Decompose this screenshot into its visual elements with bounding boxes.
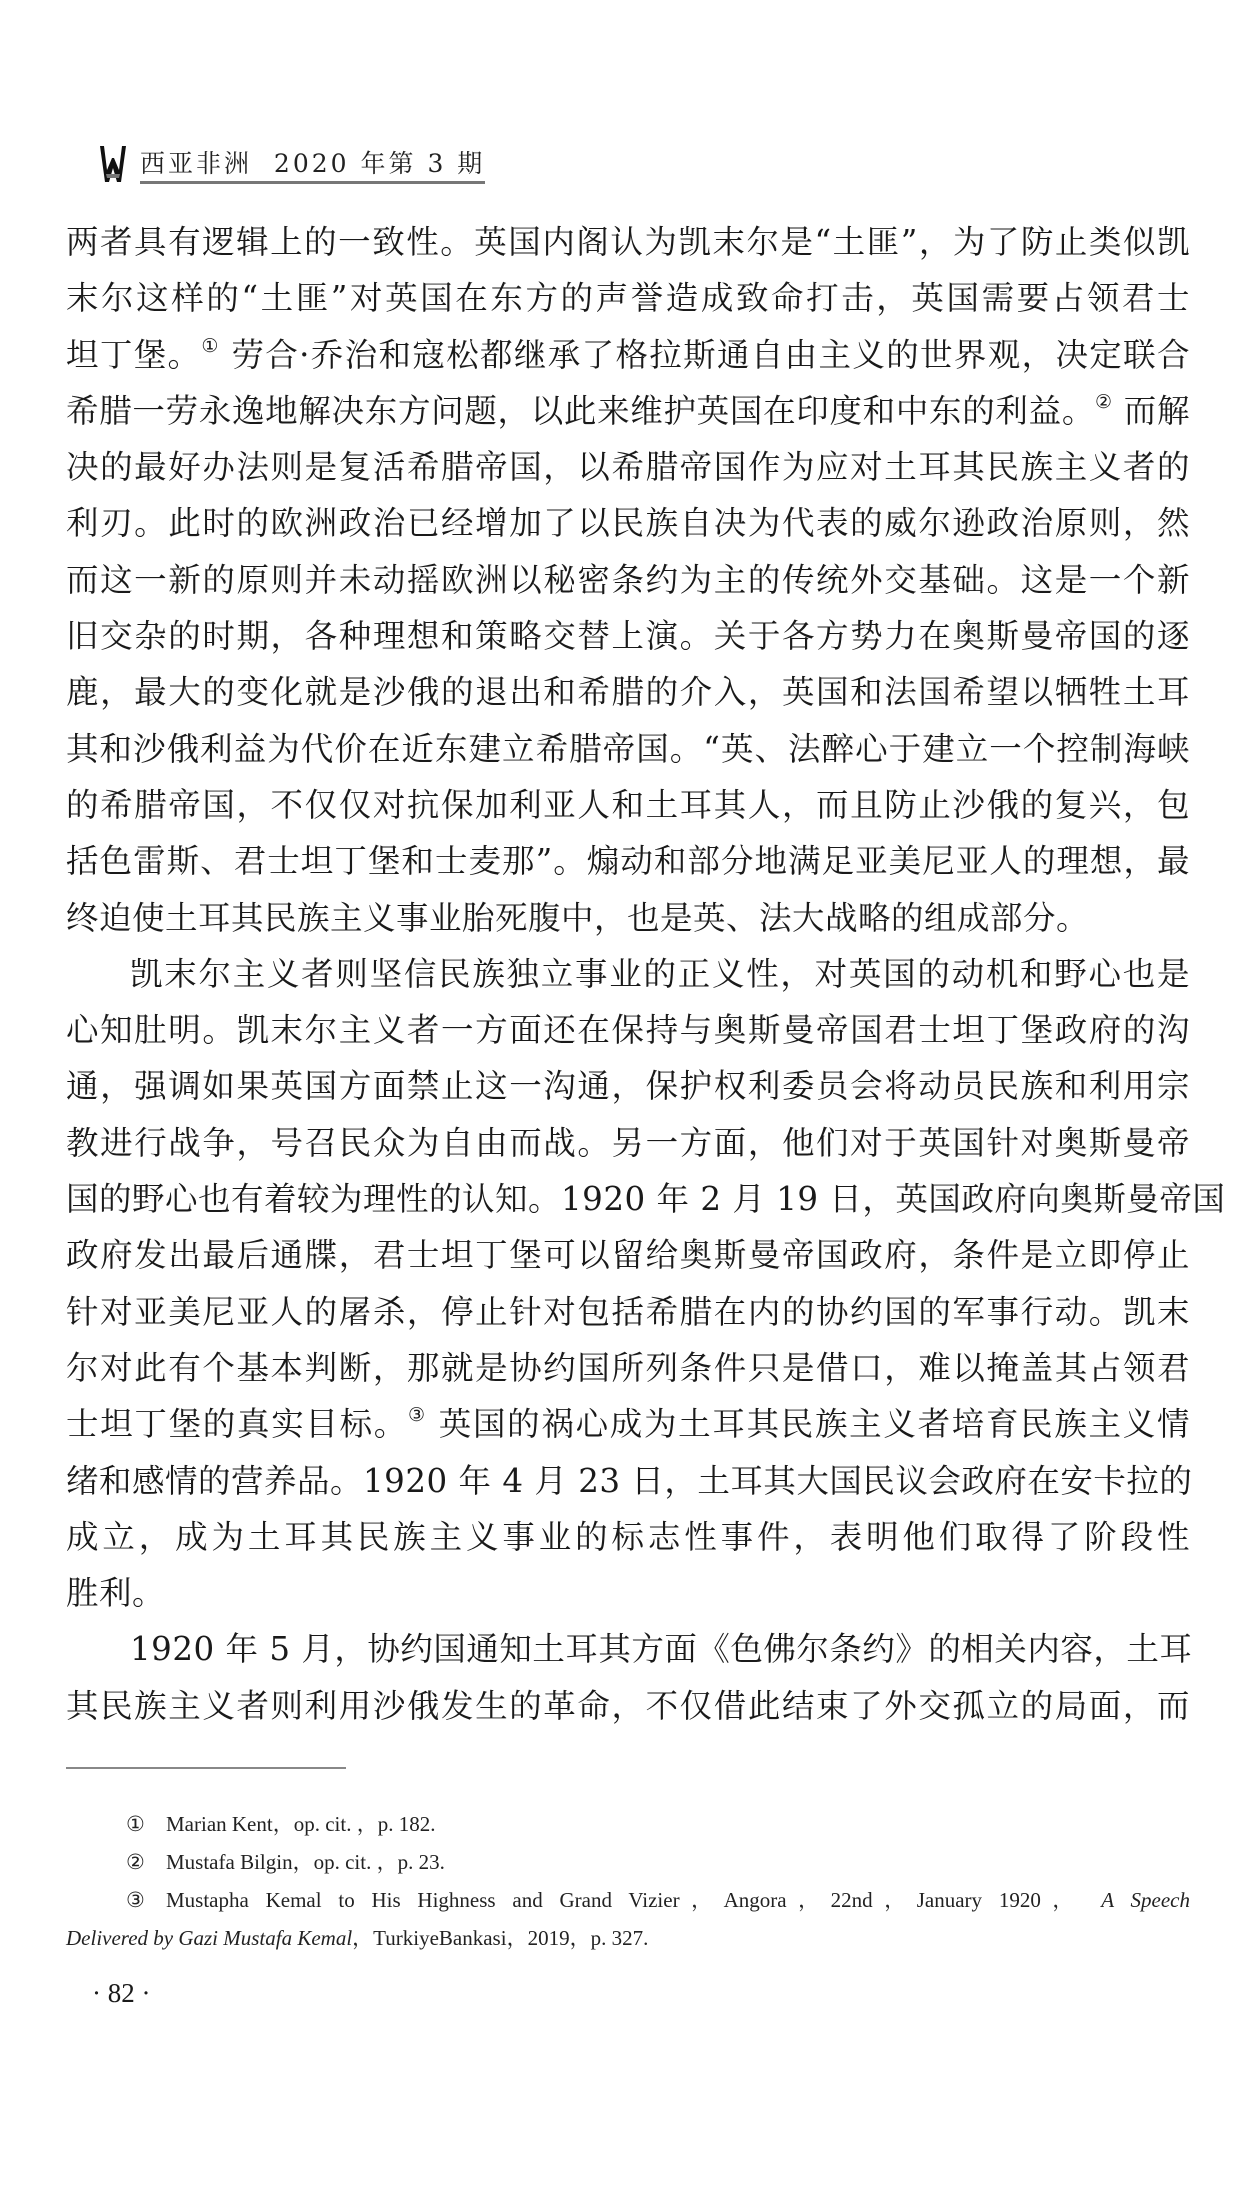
- text-segment: 士坦丁堡的真实目标。: [66, 1405, 408, 1443]
- text-line: 政府发出最后通牒，君士坦丁堡可以留给奥斯曼帝国政府，条件是立即停止: [66, 1227, 1190, 1283]
- text-line: 1920 年 5 月，协约国通知土耳其方面《色佛尔条约》的相关内容，土耳: [66, 1621, 1190, 1677]
- text-segment: 劳合·乔治和寇松都继承了格拉斯通自由主义的世界观，决定联合: [220, 336, 1190, 374]
- footnote-text: Mustafa Bilgin，op. cit. ，p. 23.: [166, 1850, 445, 1874]
- footnote-ref[interactable]: ①: [201, 335, 219, 357]
- text-line: 利刃。此时的欧洲政治已经增加了以民族自决为代表的威尔逊政治原则，然: [66, 495, 1190, 551]
- text-segment: 希腊一劳永逸地解决东方问题，以此来维护英国在印度和中东的利益。: [66, 392, 1095, 430]
- footnote-ref[interactable]: ②: [1095, 391, 1113, 413]
- text-segment: 英国的祸心成为土耳其民族主义者培育民族主义情: [427, 1405, 1190, 1443]
- footnotes: ①Marian Kent，op. cit. ，p. 182.②Mustafa B…: [66, 1805, 1190, 1957]
- footnote-number: ③: [126, 1881, 166, 1919]
- text-line: 通，强调如果英国方面禁止这一沟通，保护权利委员会将动员民族和利用宗: [66, 1058, 1190, 1114]
- footnote-ref[interactable]: ③: [408, 1404, 427, 1426]
- footnote-text: ，TurkiyeBankasi，2019，p. 327.: [352, 1926, 648, 1950]
- text-line: 针对亚美尼亚人的屠杀，停止针对包括希腊在内的协约国的军事行动。凯末: [66, 1284, 1190, 1340]
- text-line: 终迫使土耳其民族主义事业胎死腹中，也是英、法大战略的组成部分。: [66, 890, 1190, 946]
- footnote-number: ①: [126, 1805, 166, 1843]
- footnote-text: Mustapha Kemal to His Highness and Grand…: [166, 1888, 1085, 1912]
- text-line: 而这一新的原则并未动摇欧洲以秘密条约为主的传统外交基础。这是一个新: [66, 552, 1190, 608]
- text-line: 末尔这样的“土匪”对英国在东方的声誉造成致命打击，英国需要占领君士: [66, 270, 1190, 326]
- text-line: 尔对此有个基本判断，那就是协约国所列条件只是借口，难以掩盖其占领君: [66, 1340, 1190, 1396]
- text-line: 成立，成为土耳其民族主义事业的标志性事件，表明他们取得了阶段性: [66, 1509, 1190, 1565]
- wa-journal-logo-icon: [98, 144, 128, 184]
- issue-label: 2020 年第 3 期: [274, 149, 485, 178]
- text-line: 其和沙俄利益为代价在近东建立希腊帝国。“英、法醉心于建立一个控制海峡: [66, 721, 1190, 777]
- text-line: 胜利。: [66, 1565, 1190, 1621]
- text-line: 坦丁堡。① 劳合·乔治和寇松都继承了格拉斯通自由主义的世界观，决定联合: [66, 327, 1190, 383]
- text-line: 的希腊帝国，不仅仅对抗保加利亚人和土耳其人，而且防止沙俄的复兴，包: [66, 777, 1190, 833]
- footnote-number: ②: [126, 1843, 166, 1881]
- text-line: 凯末尔主义者则坚信民族独立事业的正义性，对英国的动机和野心也是: [66, 946, 1190, 1002]
- text-line: 希腊一劳永逸地解决东方问题，以此来维护英国在印度和中东的利益。② 而解: [66, 383, 1190, 439]
- text-line: 决的最好办法则是复活希腊帝国，以希腊帝国作为应对土耳其民族主义者的: [66, 439, 1190, 495]
- book-title: A Speech: [1085, 1888, 1190, 1912]
- text-line: 鹿，最大的变化就是沙俄的退出和希腊的介入，英国和法国希望以牺牲土耳: [66, 664, 1190, 720]
- footnote-item: Delivered by Gazi Mustafa Kemal，TurkiyeB…: [66, 1919, 1190, 1957]
- footnote-item: ①Marian Kent，op. cit. ，p. 182.: [66, 1805, 1190, 1843]
- footnote-divider: [66, 1767, 346, 1769]
- page-number: · 82 ·: [92, 1978, 150, 2009]
- text-line: 士坦丁堡的真实目标。③ 英国的祸心成为土耳其民族主义者培育民族主义情: [66, 1396, 1190, 1452]
- text-segment: 而解: [1113, 392, 1190, 430]
- book-title: Delivered by Gazi Mustafa Kemal: [66, 1926, 352, 1950]
- body-text: 两者具有逻辑上的一致性。英国内阁认为凯末尔是“土匪”，为了防止类似凯末尔这样的“…: [66, 214, 1190, 1734]
- footnote-text: Marian Kent，op. cit. ，p. 182.: [166, 1812, 435, 1836]
- text-line: 国的野心也有着较为理性的认知。1920 年 2 月 19 日，英国政府向奥斯曼帝…: [66, 1171, 1190, 1227]
- journal-issue-label: 西亚非洲 2020 年第 3 期: [140, 149, 485, 184]
- text-line: 绪和感情的营养品。1920 年 4 月 23 日，土耳其大国民议会政府在安卡拉的: [66, 1453, 1190, 1509]
- text-line: 教进行战争，号召民众为自由而战。另一方面，他们对于英国针对奥斯曼帝: [66, 1115, 1190, 1171]
- footnote-item: ③Mustapha Kemal to His Highness and Gran…: [66, 1881, 1190, 1919]
- text-segment: 坦丁堡。: [66, 336, 201, 374]
- journal-name: 西亚非洲: [140, 149, 252, 178]
- text-line: 其民族主义者则利用沙俄发生的革命，不仅借此结束了外交孤立的局面，而: [66, 1678, 1190, 1734]
- text-line: 旧交杂的时期，各种理想和策略交替上演。关于各方势力在奥斯曼帝国的逐: [66, 608, 1190, 664]
- text-line: 两者具有逻辑上的一致性。英国内阁认为凯末尔是“土匪”，为了防止类似凯: [66, 214, 1190, 270]
- text-line: 括色雷斯、君士坦丁堡和士麦那”。煽动和部分地满足亚美尼亚人的理想，最: [66, 833, 1190, 889]
- footnote-item: ②Mustafa Bilgin，op. cit. ，p. 23.: [66, 1843, 1190, 1881]
- text-line: 心知肚明。凯末尔主义者一方面还在保持与奥斯曼帝国君士坦丁堡政府的沟: [66, 1002, 1190, 1058]
- running-header: 西亚非洲 2020 年第 3 期: [98, 138, 485, 184]
